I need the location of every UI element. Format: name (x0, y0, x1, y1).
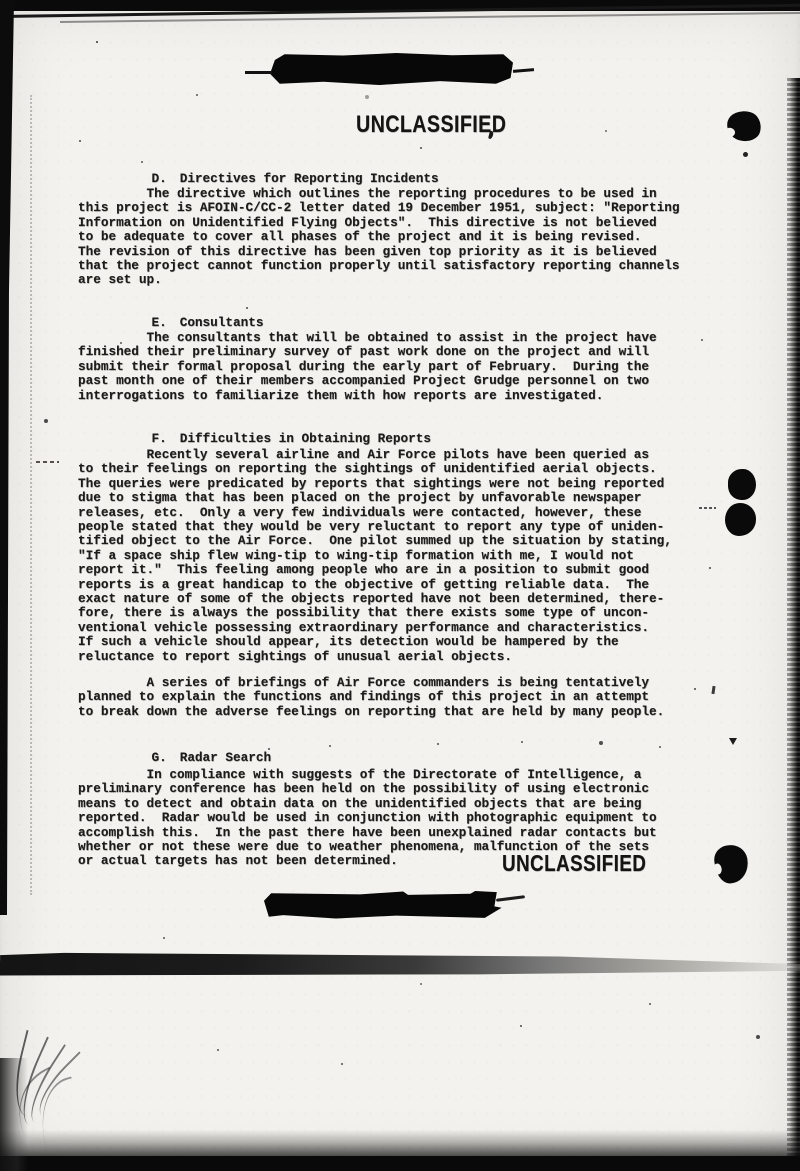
section-title-g: Radar Search (180, 750, 271, 765)
section-letter-f: F. (151, 431, 166, 446)
section-d-paragraph-1: The directive which outlines the reporti… (78, 187, 778, 288)
section-title-d: Directives for Reporting Incidents (180, 171, 439, 186)
section-letter-d: D. (151, 171, 166, 186)
ink-blob-top-right (724, 107, 764, 144)
section-f-paragraph-1: Recently several airline and Air Force p… (78, 448, 778, 664)
redaction-bottom-pen-tick (496, 895, 525, 902)
smudge-streak (0, 951, 800, 981)
scan-edge-right (787, 78, 800, 1171)
section-title-f: Difficulties in Obtaining Reports (180, 431, 431, 446)
redaction-bar-bottom (264, 891, 504, 919)
classification-stamp-top: UNCLASSIFIED (356, 111, 506, 139)
scan-edge-bottom-fade (0, 1130, 800, 1158)
section-e-paragraph-1: The consultants that will be obtained to… (78, 331, 778, 403)
redaction-top-left-tick (245, 71, 272, 74)
redaction-top-right-tick (513, 68, 534, 73)
redaction-bar-top (270, 53, 513, 85)
section-g-paragraph-1: In compliance with suggests of the Direc… (78, 768, 778, 869)
section-letter-e: E. (151, 315, 166, 330)
dirt-specks (0, 0, 2, 2)
ink-dot-top-right (743, 152, 748, 157)
section-letter-g: G. (151, 750, 166, 765)
margin-guide-line (30, 95, 32, 895)
scan-edge-left (0, 0, 14, 915)
scanned-document-page: UNCLASSIFIED UNCLASSIFIED D.Directives f… (0, 0, 800, 1171)
check-mark-right (729, 738, 737, 745)
ink-dot-right-upper (728, 469, 756, 500)
section-title-e: Consultants (180, 315, 264, 330)
scan-edge-bottom (0, 1156, 800, 1171)
pencil-dash-right (699, 507, 716, 509)
section-f-paragraph-2: A series of briefings of Air Force comma… (78, 676, 778, 719)
pencil-dash-left (36, 461, 59, 463)
